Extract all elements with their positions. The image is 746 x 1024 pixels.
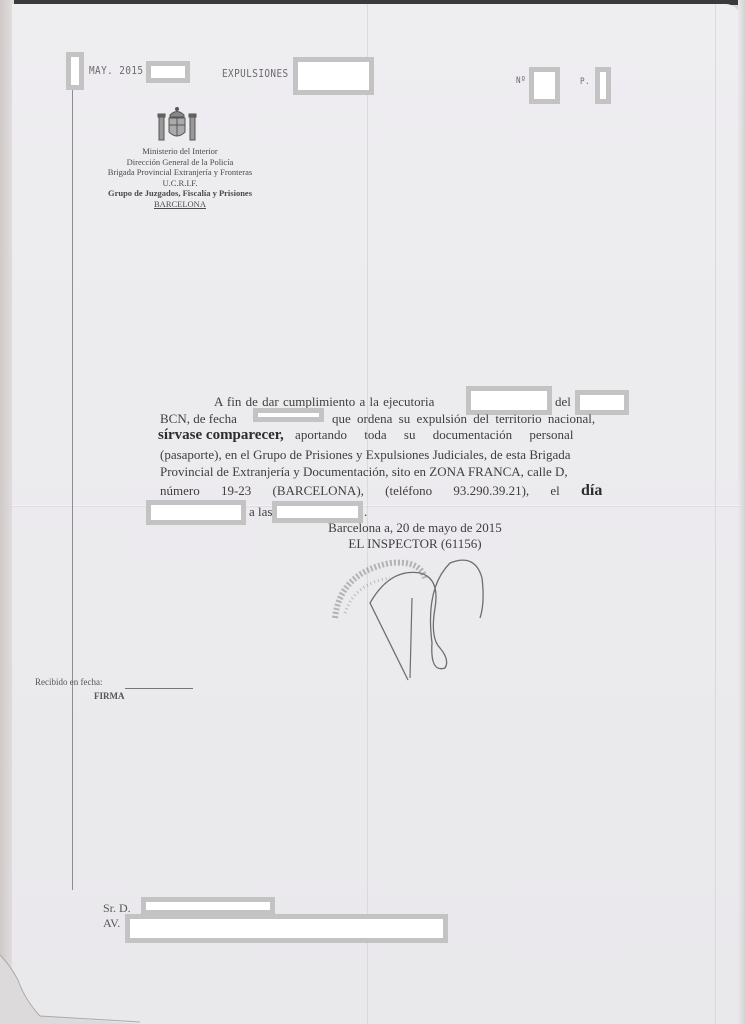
body-line-4: (pasaporte), en el Grupo de Prisiones y … xyxy=(160,447,570,463)
body-line-2b: que ordena su expulsión del territorio n… xyxy=(332,411,595,427)
place-date: Barcelona a, 20 de mayo de 2015 xyxy=(290,520,540,536)
redaction-stamp-left xyxy=(66,52,84,90)
body-line-6-text: número 19-23 (BARCELONA), (teléfono 93.2… xyxy=(160,483,560,498)
signature-label: FIRMA xyxy=(94,691,125,701)
appear-instruction: sírvase comparecer, xyxy=(158,427,284,443)
appointment-day-label: día xyxy=(581,482,602,499)
redaction-department-number xyxy=(293,57,374,95)
page-label: P. xyxy=(580,77,590,87)
letterhead-group: Grupo de Juzgados, Fiscalía y Prisiones xyxy=(80,188,280,199)
body-line-1b: del xyxy=(555,394,571,410)
stamp-date: MAY. 2015 xyxy=(89,64,143,77)
number-label: Nº xyxy=(516,76,526,86)
body-line-7-time-label: a las xyxy=(249,504,272,520)
received-date-line xyxy=(125,688,193,689)
redaction-addressee-address xyxy=(125,914,448,943)
redaction-page-number xyxy=(595,67,611,104)
body-line-1a: A fin de dar cumplimiento a la ejecutori… xyxy=(214,394,434,410)
redaction-document-number xyxy=(529,67,560,104)
body-line-7-end: . xyxy=(364,504,367,520)
letterhead-line: Dirección General de la Policía xyxy=(80,157,280,168)
coat-of-arms-icon xyxy=(155,106,199,144)
paper-fold-vertical xyxy=(715,4,716,1024)
redaction-date-suffix xyxy=(146,61,190,83)
addressee-address-label: AV. xyxy=(103,916,120,931)
paper-fold xyxy=(12,505,740,507)
body-line-5: Provincial de Extranjería y Documentació… xyxy=(160,464,568,480)
letterhead-line: Ministerio del Interior xyxy=(80,146,280,157)
body-line-3-rest: aportando toda su documentación personal xyxy=(295,427,573,442)
redaction-order-date xyxy=(253,408,324,422)
letterhead: Ministerio del Interior Dirección Genera… xyxy=(80,146,280,209)
torn-corner xyxy=(0,950,140,1024)
page-right-edge xyxy=(738,0,746,1024)
letterhead-line: U.C.R.I.F. xyxy=(80,178,280,189)
letterhead-city: BARCELONA xyxy=(80,199,280,210)
received-date-label: Recibido en fecha: xyxy=(35,677,102,687)
official-stamp-and-signature xyxy=(310,548,510,688)
redaction-addressee-name xyxy=(141,897,275,915)
redaction-appointment-day xyxy=(146,500,246,525)
margin-line xyxy=(72,90,73,890)
body-line-2a: BCN, de fecha xyxy=(160,411,237,427)
letterhead-line: Brigada Provincial Extranjería y Fronter… xyxy=(80,167,280,178)
stamp-department: EXPULSIONES xyxy=(222,67,289,80)
body-line-3: sírvase comparecer, aportando toda su do… xyxy=(158,427,573,444)
body-line-6: número 19-23 (BARCELONA), (teléfono 93.2… xyxy=(160,482,602,500)
